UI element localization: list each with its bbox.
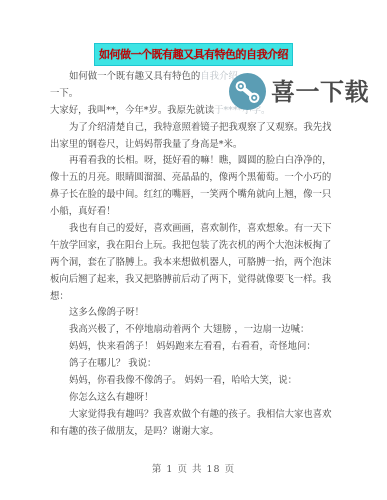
text-line: 出家里的钢卷尺，让妈妈帮我量了身高是*米。 <box>50 137 350 154</box>
text-line: 大家觉得我有趣吗？我喜欢做个有趣的孩子。我相信大家也喜欢 <box>50 407 350 424</box>
document-page: 如何做一个既有趣又具有特色的自我介绍 如何做一个既有趣又具有特色的自我介绍一下。… <box>0 0 387 500</box>
text-line: 你怎么这么有趣呀！ <box>50 390 350 407</box>
text-line: 为了介绍清楚自己，我特意照着镜子把我观察了又观察。我先找 <box>50 120 350 137</box>
watermark: 喜一下载 <box>229 73 369 110</box>
title-row: 如何做一个既有趣又具有特色的自我介绍 <box>0 43 387 66</box>
text-line: 两个洞，套在了胳膊上。我本来想做机器人，可胳膊一抬，两个泡沫 <box>50 255 350 272</box>
text-line: 板向后翘了起来，我又把胳膊前后动了两下，觉得就像要飞一样。我 <box>50 272 350 289</box>
text-line: 这多么像鸽子呀！ <box>50 305 350 322</box>
watermark-label: 喜一下载 <box>271 80 369 104</box>
text-line: 妈妈，你看我像不像鸽子。 妈妈一看，哈哈大笑，说： <box>50 373 350 390</box>
text-line: 小船，真好看！ <box>50 204 350 221</box>
text-line: 再看看我的长相。呀，挺好看的嘛！瞧，圆圆的脸白白净净的， <box>50 153 350 170</box>
text-line: 像十五的月亮。眼睛圆溜溜、亮晶晶的，像两个黑葡萄。一个小巧的 <box>50 170 350 187</box>
text-line: 和有趣的孩子做朋友，是吗？谢谢大家。 <box>50 424 350 441</box>
text-line: 想： <box>50 289 350 306</box>
text-line: 鸽子在哪儿？ 我说： <box>50 356 350 373</box>
text-body: 如何做一个既有趣又具有特色的自我介绍一下。大家好，我叫**，今年*岁。我原先就读… <box>50 69 350 441</box>
text-line: 我也有自己的爱好，喜欢画画，喜欢制作，喜欢想象。有一天下 <box>50 221 350 238</box>
text-line: 我高兴极了，不停地扇动着两个 大翅膀 ，一边扇一边喊： <box>50 322 350 339</box>
page-footer: 第 1 页 共 18 页 <box>0 461 387 475</box>
text-line: 午放学回家，我在阳台上玩。我把包装了洗衣机的两个大泡沫板掏了 <box>50 238 350 255</box>
share-nodes-icon <box>229 73 266 110</box>
text-line: 妈妈，快来看鸽子！ 妈妈跑来左看看，右看看，奇怪地问： <box>50 339 350 356</box>
text-line: 鼻子长在脸的最中间。红红的嘴唇，一笑两个嘴角就向上翘，像一只 <box>50 187 350 204</box>
document-title: 如何做一个既有趣又具有特色的自我介绍 <box>94 43 293 66</box>
